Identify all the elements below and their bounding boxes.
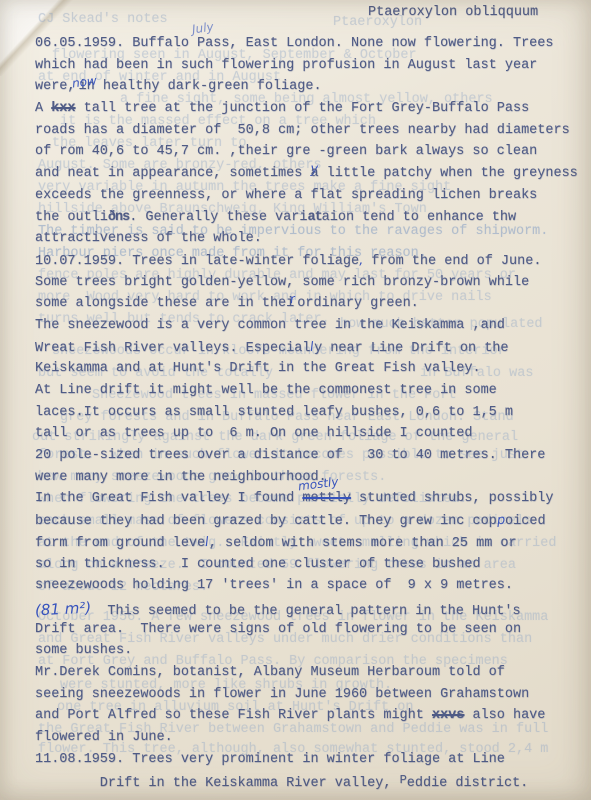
typed-line-32: and Port Alfred so these Fish River plan…	[35, 708, 578, 730]
typed-line-22: In the Great Fish valley I found mettlym…	[35, 491, 578, 513]
typed-line-31: seeing sneezewoods in flower in June 196…	[35, 687, 578, 709]
typed-line-18: laces.It occurs as small stunted leafy b…	[35, 405, 578, 427]
typed-line-13: some alongside these are in theirordinar…	[35, 296, 578, 318]
typed-line-3: were,nowin healthy dark-green foliage.	[35, 79, 578, 101]
page-header-species: Ptaeroxylon obliqquum	[368, 5, 538, 20]
handwritten-note: July	[191, 20, 214, 37]
typed-struck-word: kxx	[51, 101, 75, 116]
typed-line-35: Drift in the Keiskamma River valley, Ped…	[35, 773, 578, 795]
typed-line-27: (81 m²) This seemed to be the general pa…	[35, 600, 578, 622]
typed-line-26: sneezewoods holding 17 'trees' in a spac…	[35, 578, 578, 600]
typed-line-10: attractiveness of the whole.	[35, 231, 578, 253]
typed-text-block: 06.05.1959. Buffalo Pass, East London. N…	[35, 36, 578, 795]
typed-line-6: of rom 40,6 to 45,7 cm. ,their grey-gree…	[35, 144, 578, 166]
typed-line-34: 11.08.1959. Trees very prominent in wint…	[35, 752, 578, 774]
overtyped-chars: at	[307, 210, 321, 225]
handwritten-correction: p	[496, 513, 505, 529]
typed-line-9: the outliðns. Generally these variataion…	[35, 210, 578, 232]
typed-line-4: A kxx tall tree at the junction of the F…	[35, 101, 578, 123]
typed-line-17: At Line drift it might well be the commo…	[35, 383, 578, 405]
typed-line-29: some bushes.	[35, 643, 578, 665]
typed-line-1: 06.05.1959. Buffalo Pass, East London. N…	[35, 36, 578, 58]
typed-line-33: flowered in June.	[35, 730, 578, 752]
ghost-text: CJ Skead's notes	[38, 12, 168, 27]
typed-line-12: Some trees bright golden-yellow, some ri…	[35, 275, 578, 297]
typed-line-28: Drift area. There were signs of old flow…	[35, 622, 578, 644]
typed-line-23: because they had been grazed by cattle. …	[35, 513, 578, 535]
typed-line-7: and neat in appearance, sometimes a litt…	[35, 166, 578, 188]
typed-line-30: Mr.Derek Comins, botanist, Albany Museum…	[35, 665, 578, 687]
typed-line-20: 20 pole-sized trees over a distance of 3…	[35, 448, 578, 470]
typed-struck-word: xxvs	[432, 708, 464, 723]
typed-line-16: Keiskamma and at Hunt's Drift in the Gre…	[35, 361, 578, 383]
typed-line-2: which had been in such flowering profusi…	[35, 58, 578, 80]
typed-line-8: exceeds the greenness, or where a flat s…	[35, 188, 578, 210]
typed-line-24: form from ground level, seldom with stem…	[35, 535, 578, 557]
typed-line-15: Wreat Fish River valleys. Especially nea…	[35, 340, 578, 362]
typed-line-19: tall or as trees up to 6 m. On one hills…	[35, 426, 578, 448]
typed-line-14: The sneezewood is a very common tree in …	[35, 318, 578, 340]
hand-struck-word: mettly	[302, 491, 351, 506]
handwritten-note: (81 m²)	[35, 598, 92, 619]
typed-line-25: so in thickness. I counted one cluster o…	[35, 557, 578, 579]
overtyped-chars: ðns	[108, 210, 129, 225]
typed-line-11: 10.07.1959. Trees in late-winter foliage…	[35, 253, 578, 275]
handwritten-correction: l	[205, 535, 210, 550]
document-page: CJ Skead's notesPtaeroxylonflowering see…	[0, 0, 591, 800]
typed-line-5: roads has a diameter of 50,8 cm; other t…	[35, 123, 578, 145]
